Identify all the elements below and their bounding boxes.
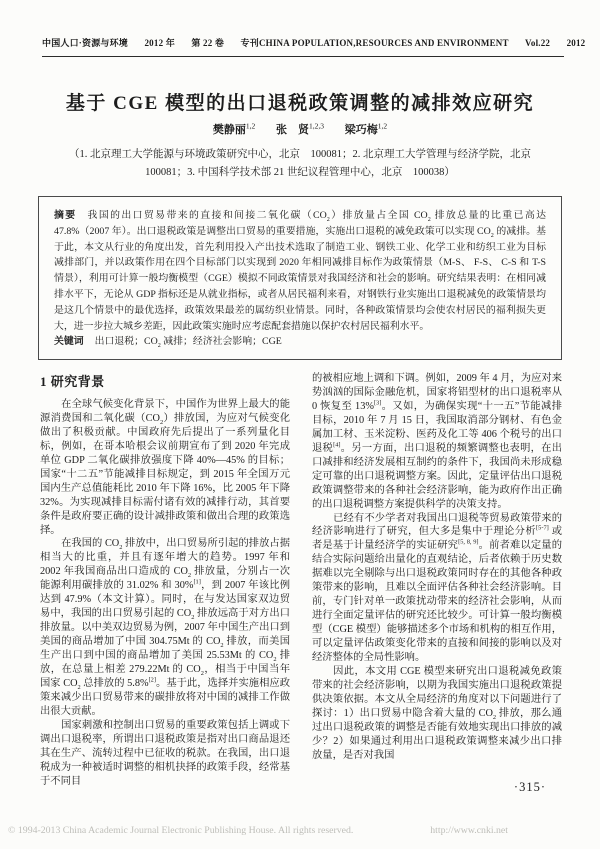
author-1: 樊静丽1,2: [213, 124, 255, 136]
body-columns: 1 研究背景 在全球气候变化背景下，中国作为世界上最大的能源消费国和二氧化碳（C…: [40, 372, 563, 795]
header-rule: [42, 56, 564, 57]
author-3: 梁巧梅1,2: [345, 124, 387, 136]
cnki-url: http://www.cnki.net: [430, 825, 508, 836]
author-list: 樊静丽1,2 张 贤1,2,3 梁巧梅1,2: [0, 121, 600, 137]
scan-footer: © 1994-2013 China Academic Journal Elect…: [8, 825, 508, 836]
abstract-label: 摘要: [54, 210, 77, 221]
header-volume-cn: 第 22 卷: [191, 38, 224, 48]
page-number: ·315·: [312, 781, 562, 795]
author-3-name: 梁巧梅: [345, 124, 378, 136]
affiliation-line-1: （1. 北京理工大学能源与环境政策研究中心，北京 100081；2. 北京理工大…: [52, 146, 548, 164]
journal-page: 中国人口·资源与环境 2012 年 第 22 卷 专刊 CHINA POPULA…: [0, 0, 600, 849]
author-2: 张 贤1,2,3: [276, 124, 324, 136]
paragraph: 在我国的 CO2 排放中，出口贸易所引起的排放占据相当大的比重，并且有逐年增大的…: [40, 537, 290, 718]
paragraph: 在全球气候变化背景下，中国作为世界上最大的能源消费国和二氧化碳（CO2）排放国，…: [40, 398, 290, 538]
author-2-name: 张 贤: [276, 124, 309, 136]
abstract-box: 摘要我国的出口贸易带来的直接和间接二氧化碳（CO2）排放量占全国 CO2 排放总…: [38, 196, 562, 360]
abstract-text: 我国的出口贸易带来的直接和间接二氧化碳（CO2）排放量占全国 CO2 排放总量的…: [54, 210, 546, 332]
header-year-en: 2012: [567, 38, 586, 48]
header-left: 中国人口·资源与环境 2012 年 第 22 卷 专刊: [42, 36, 259, 49]
author-1-name: 樊静丽: [213, 124, 246, 136]
author-1-affil-sup: 1,2: [246, 121, 255, 130]
header-year-cn: 2012 年: [144, 38, 174, 48]
affiliation-line-2: 100081；3. 中国科学技术部 21 世纪议程管理中心，北京 100038）: [52, 164, 548, 182]
paragraph: 的被相应地上调和下调。例如，2009 年 4 月，为应对来势汹汹的国际金融危机，…: [312, 372, 562, 512]
author-2-affil-sup: 1,2,3: [309, 121, 324, 130]
journal-header: 中国人口·资源与环境 2012 年 第 22 卷 专刊 CHINA POPULA…: [42, 36, 564, 49]
left-column: 1 研究背景 在全球气候变化背景下，中国作为世界上最大的能源消费国和二氧化碳（C…: [40, 372, 290, 795]
abstract-paragraph: 摘要我国的出口贸易带来的直接和间接二氧化碳（CO2）排放量占全国 CO2 排放总…: [54, 208, 546, 334]
header-issue-cn: 专刊: [241, 38, 259, 48]
header-right: CHINA POPULATION,RESOURCES AND ENVIRONME…: [259, 38, 585, 48]
keywords-line: 关键词出口退税；CO2 减排；经济社会影响；CGE: [54, 334, 546, 350]
copyright-notice: © 1994-2013 China Academic Journal Elect…: [8, 825, 353, 836]
affiliation-block: （1. 北京理工大学能源与环境政策研究中心，北京 100081；2. 北京理工大…: [52, 146, 548, 181]
author-3-affil-sup: 1,2: [378, 121, 387, 130]
journal-name-en: CHINA POPULATION,RESOURCES AND ENVIRONME…: [259, 38, 509, 48]
paragraph: 因此，本文用 CGE 模型来研究出口退税减免政策带来的社会经济影响，以期为我国实…: [312, 665, 562, 763]
header-volume-en: Vol.22: [525, 38, 550, 48]
right-column: 的被相应地上调和下调。例如，2009 年 4 月，为应对来势汹汹的国际金融危机，…: [312, 372, 562, 795]
journal-name-cn: 中国人口·资源与环境: [42, 38, 128, 48]
paragraph: 已经有不少学者对我国出口退税等贸易政策带来的经济影响进行了研究，但大多是集中于理…: [312, 512, 562, 665]
keywords-label: 关键词: [54, 336, 84, 347]
paper-title: 基于 CGE 模型的出口退税政策调整的减排效应研究: [0, 88, 600, 115]
keywords-text: 出口退税；CO2 减排；经济社会影响；CGE: [95, 336, 282, 347]
section-heading: 1 研究背景: [40, 375, 290, 389]
paragraph: 国家刺激和控制出口贸易的重要政策包括上调或下调出口退税率，所谓出口退税政策是指对…: [40, 719, 290, 789]
